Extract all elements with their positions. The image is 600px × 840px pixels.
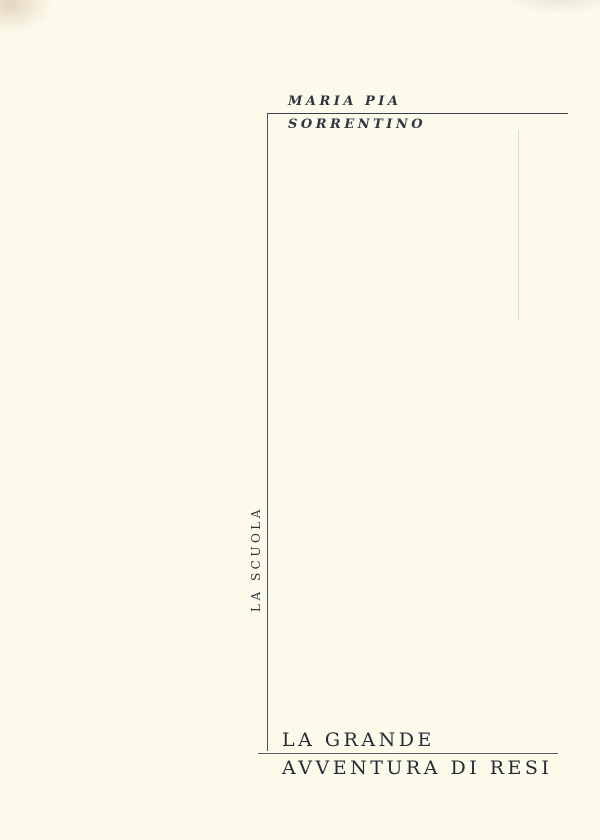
- vertical-rule: [267, 113, 268, 751]
- bottom-rule: [258, 753, 558, 754]
- title-line-2: AVVENTURA DI RESI: [282, 757, 552, 779]
- author-first-name: MARIA PIA: [288, 94, 401, 109]
- faint-mark: [518, 130, 519, 320]
- author-last-name: SORRENTINO: [288, 117, 426, 132]
- title-line-1: LA GRANDE: [282, 729, 435, 751]
- book-cover: MARIA PIA SORRENTINO LA SCUOLA LA GRANDE…: [0, 0, 600, 840]
- top-rule: [268, 113, 568, 114]
- series-label: LA SCUOLA: [249, 506, 263, 612]
